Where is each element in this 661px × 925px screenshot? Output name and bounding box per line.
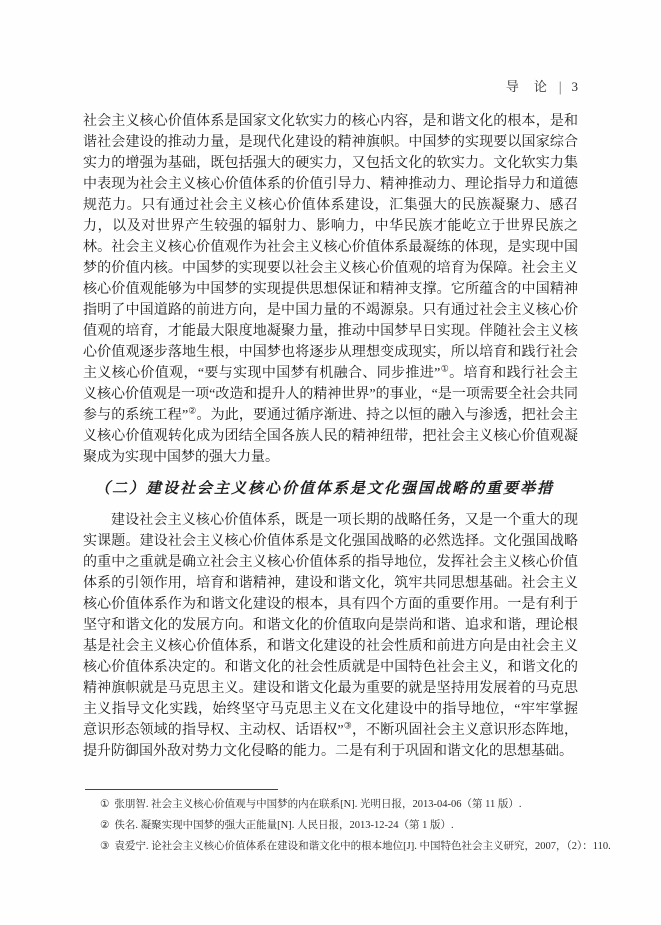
footnote-2-text: 佚名. 凝聚实现中国梦的强大正能量[N]. 人民日报，2013-12-24（第 … (114, 820, 453, 831)
paragraph-1-text: 社会主义核心价值体系是国家文化软实力的核心内容，是和谐文化的根本，是和谐社会建设… (83, 114, 578, 381)
chapter-title: 导 论 (506, 79, 548, 94)
footnotes-section: ①张朋智. 社会主义核心价值观与中国梦的内在联系[N]. 光明日报，2013-0… (83, 789, 593, 857)
footnote-1-marker: ① (100, 799, 109, 810)
footnote-1: ①张朋智. 社会主义核心价值观与中国梦的内在联系[N]. 光明日报，2013-0… (83, 794, 593, 815)
document-page: 导 论|3 社会主义核心价值体系是国家文化软实力的核心内容，是和谐文化的根本，是… (0, 0, 661, 925)
page-body: 社会主义核心价值体系是国家文化软实力的核心内容，是和谐文化的根本，是和谐社会建设… (83, 111, 578, 762)
header-separator: | (559, 77, 563, 98)
footnote-3-marker: ③ (100, 841, 109, 852)
section-heading: （二）建设社会主义核心价值体系是文化强国战略的重要举措 (83, 478, 578, 500)
paragraph-1: 社会主义核心价值体系是国家文化软实力的核心内容，是和谐文化的根本，是和谐社会建设… (83, 111, 578, 468)
page-header: 导 论|3 (83, 78, 578, 96)
footnote-ref-3: ③ (344, 720, 352, 730)
footnote-divider (85, 789, 278, 790)
footnote-1-text: 张朋智. 社会主义核心价值观与中国梦的内在联系[N]. 光明日报，2013-04… (114, 799, 521, 810)
paragraph-2-text: 建设社会主义核心价值体系，既是一项长期的战略任务，又是一个重大的现实课题。建设社… (83, 513, 578, 738)
footnote-3-text: 袁爱宁. 论社会主义核心价值体系在建设和谐文化中的根本地位[J]. 中国特色社会… (114, 841, 610, 852)
footnote-ref-1: ① (440, 363, 449, 373)
footnote-2: ②佚名. 凝聚实现中国梦的强大正能量[N]. 人民日报，2013-12-24（第… (83, 815, 593, 836)
footnote-3: ③袁爱宁. 论社会主义核心价值体系在建设和谐文化中的根本地位[J]. 中国特色社… (83, 836, 593, 857)
footnote-2-marker: ② (100, 820, 109, 831)
footnote-ref-2: ② (188, 405, 196, 415)
paragraph-2: 建设社会主义核心价值体系，既是一项长期的战略任务，又是一个重大的现实课题。建设社… (83, 510, 578, 762)
page-number: 3 (572, 79, 579, 94)
